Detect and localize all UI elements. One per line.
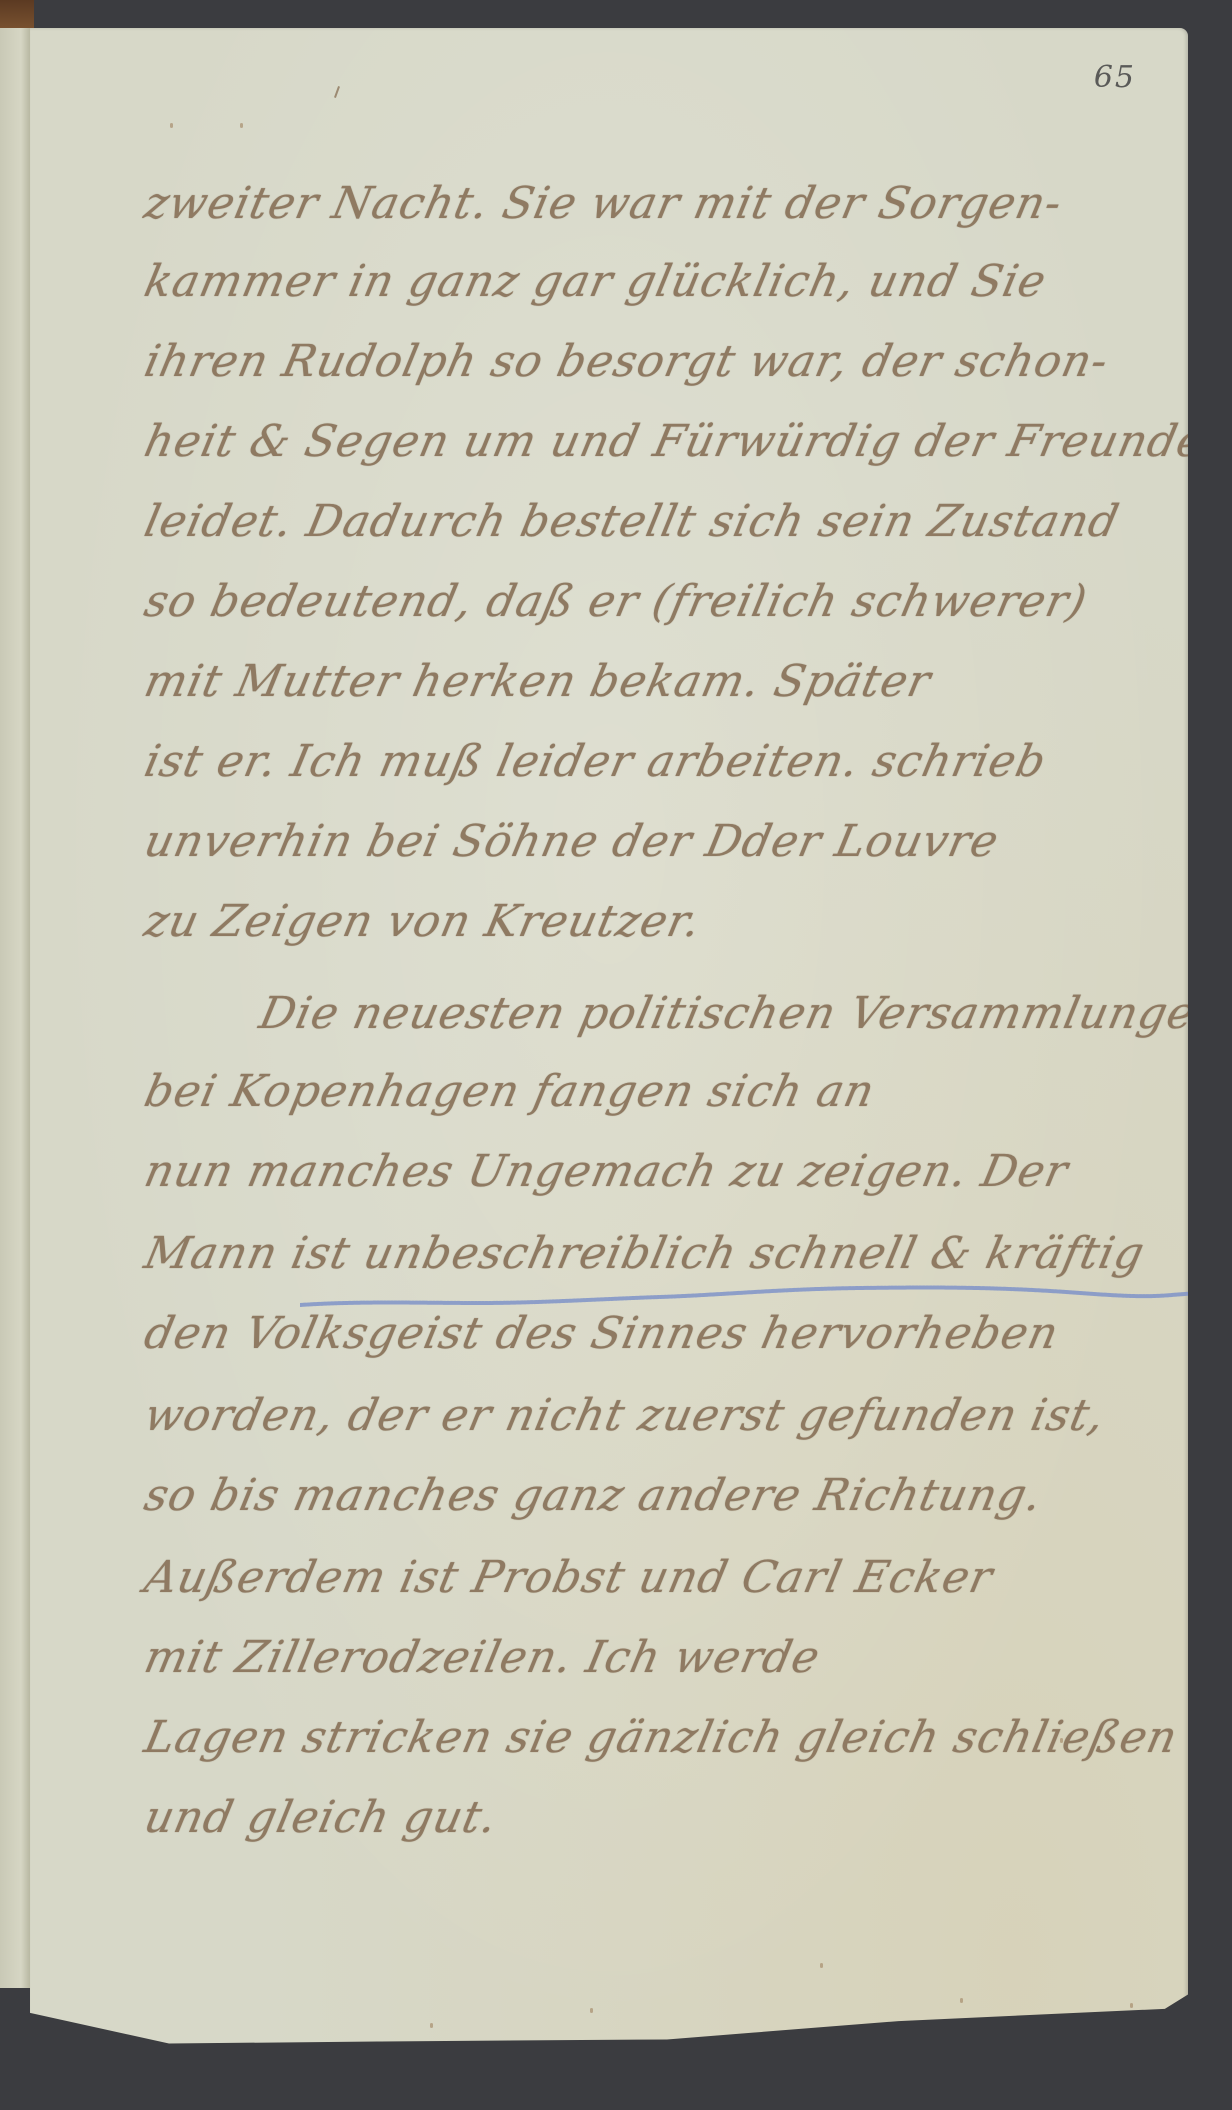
manuscript-line: nun manches Ungemach zu zeigen. Der [140, 1146, 1073, 1197]
manuscript-line: leidet. Dadurch bestellt sich sein Zusta… [140, 496, 1124, 547]
binding-edge [0, 0, 34, 30]
previous-leaf-edge [0, 28, 30, 1988]
manuscript-line: heit & Segen um und Fürwürdig der Freund… [140, 416, 1210, 467]
manuscript-line: Lagen stricken sie gänzlich gleich schli… [140, 1712, 1182, 1763]
manuscript-line: worden, der er nicht zuerst gefunden ist… [140, 1390, 1110, 1441]
manuscript-line: Mann ist unbeschreiblich schnell & kräft… [140, 1228, 1149, 1279]
page-number: 65 [1094, 60, 1136, 95]
manuscript-page: 65 zweiter Nacht. Sie war mit der Sorgen… [30, 28, 1188, 2068]
manuscript-line: so bis manches ganz andere Richtung. [140, 1470, 1047, 1521]
manuscript-line: so bedeutend, daß er (freilich schwerer) [140, 576, 1092, 627]
manuscript-line: bei Kopenhagen fangen sich an [140, 1066, 880, 1117]
manuscript-line: zu Zeigen von Kreutzer. [140, 896, 706, 947]
ink-tick-mark [334, 86, 340, 98]
manuscript-line: und gleich gut. [140, 1792, 502, 1843]
manuscript-line: unverhin bei Söhne der Dder Louvre [140, 816, 1003, 867]
manuscript-line: Außerdem ist Probst und Carl Ecker [140, 1552, 998, 1603]
manuscript-line: ihren Rudolph so besorgt war, der schon- [140, 336, 1113, 387]
manuscript-line: den Volksgeist des Sinnes hervorheben [140, 1308, 1063, 1359]
manuscript-line: mit Zillerodzeilen. Ich werde [140, 1632, 825, 1683]
manuscript-line: ist er. Ich muß leider arbeiten. schrieb [140, 736, 1051, 787]
blue-pencil-line [300, 1283, 1200, 1313]
manuscript-line: kammer in ganz gar glücklich, und Sie [140, 256, 1051, 307]
scanned-manuscript: 65 zweiter Nacht. Sie war mit der Sorgen… [0, 0, 1232, 2110]
manuscript-line: mit Mutter herken bekam. Später [140, 656, 936, 707]
manuscript-line-paragraph-start: Die neuesten politischen Versammlungen [255, 988, 1229, 1039]
manuscript-line: zweiter Nacht. Sie war mit der Sorgen- [140, 178, 1067, 229]
